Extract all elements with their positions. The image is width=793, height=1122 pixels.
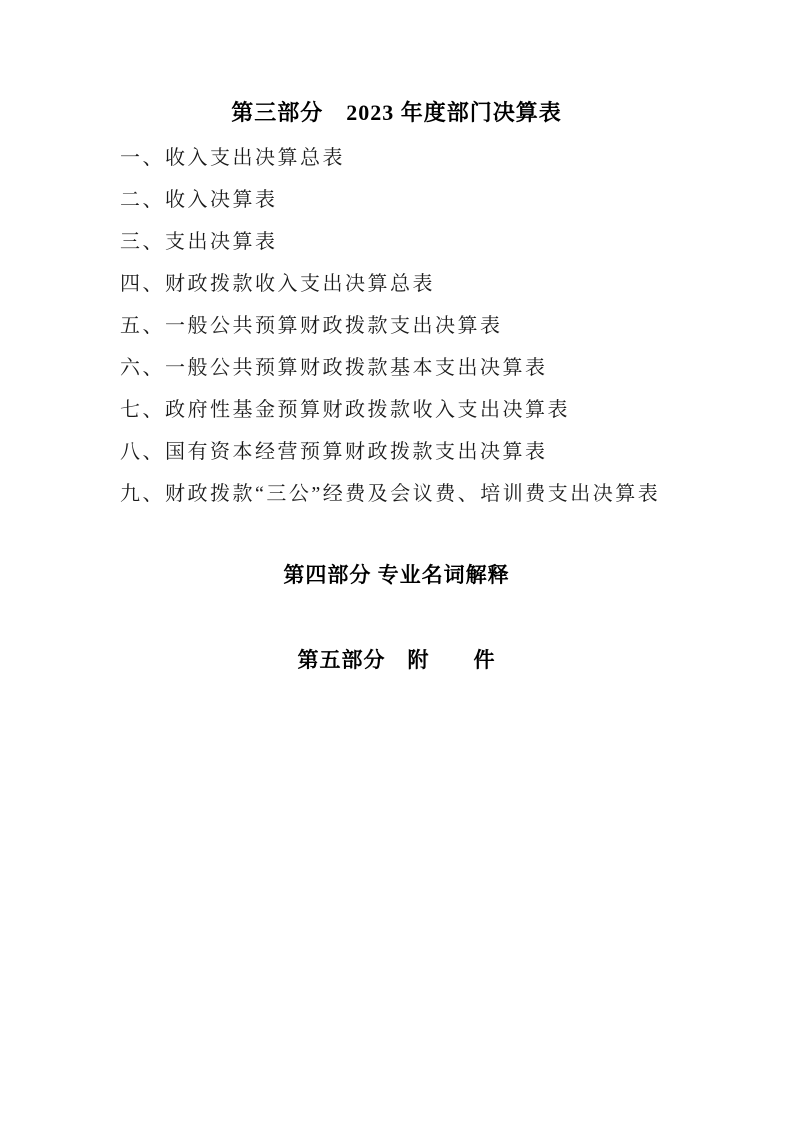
toc-item-4: 四、财政拨款收入支出决算总表	[120, 263, 793, 305]
part3-table-list: 一、收入支出决算总表 二、收入决算表 三、支出决算表 四、财政拨款收入支出决算总…	[0, 137, 793, 515]
toc-item-2: 二、收入决算表	[120, 179, 793, 221]
toc-item-6: 六、一般公共预算财政拨款基本支出决算表	[120, 347, 793, 389]
part3-title: 第三部分 2023 年度部门决算表	[0, 99, 793, 127]
toc-item-8: 八、国有资本经营预算财政拨款支出决算表	[120, 431, 793, 473]
document-page: 第三部分 2023 年度部门决算表 一、收入支出决算总表 二、收入决算表 三、支…	[0, 0, 793, 1122]
part4-title: 第四部分 专业名词解释	[0, 561, 793, 589]
toc-item-1: 一、收入支出决算总表	[120, 137, 793, 179]
toc-item-9: 九、财政拨款“三公”经费及会议费、培训费支出决算表	[120, 473, 793, 515]
part5-title: 第五部分 附 件	[0, 646, 793, 674]
toc-item-3: 三、支出决算表	[120, 221, 793, 263]
toc-item-5: 五、一般公共预算财政拨款支出决算表	[120, 305, 793, 347]
toc-item-7: 七、政府性基金预算财政拨款收入支出决算表	[120, 389, 793, 431]
